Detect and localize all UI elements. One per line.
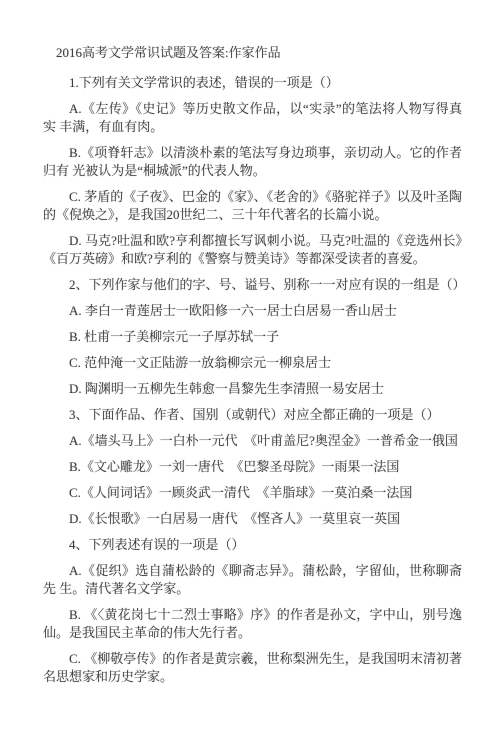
question-option: C. 茅盾的《子夜》、巴金的《家》、《老舍的》《骆驼祥子》以及叶圣陶 的《倪焕之…	[43, 188, 462, 224]
question-option: A.《左传》《史记》等历史散文作品，以“实录”的笔法将人物写得真实 丰满，有血有…	[43, 100, 462, 136]
question-option: B. 杜甫一子美柳宗元一子厚苏轼一子	[43, 328, 462, 346]
question-option: D.《长恨歌》一白居易一唐代 《悭吝人》一莫里哀一英国	[43, 510, 462, 528]
question-option: A.《促织》选自蒲松龄的《聊斋志异》。蒲松龄，字留仙，世称聊斋先 生。清代著名文…	[43, 562, 462, 598]
question-option: C. 范仲淹一文正陆游一放翁柳宗元一柳泉居士	[43, 354, 462, 372]
question-option: B. 《〈黄花岗七十二烈士事略》序》的作者是孙文，字中山，别号逸仙。是我国民主革…	[43, 606, 462, 642]
question-option: D. 马克?吐温和欧?亨利都擅长写讽刺小说。马克?吐温的《竞选州长》《百万英磅》…	[43, 232, 462, 268]
document-content: 2016高考文学常识试题及答案:作家作品 1.下列有关文学常识的表述，错误的一项…	[43, 44, 462, 694]
question-option: B.《项脊轩志》以清淡朴素的笔法写身边琐事，亲切动人。它的作者归有 光被认为是“…	[43, 144, 462, 180]
question-option: D. 陶渊明一五柳先生韩愈一昌黎先生李清照一易安居士	[43, 380, 462, 398]
question-stem: 4、下列表述有误的一项是（）	[43, 536, 462, 554]
question-stem: 3、下面作品、作者、国别（或朝代）对应全都正确的一项是（）	[43, 406, 462, 424]
question-stem: 2、下列作家与他们的字、号、谥号、别称一一对应有误的一组是（）	[43, 276, 462, 294]
question-option: C. 《柳敬亭传》的作者是黄宗羲，世称梨洲先生，是我国明末清初著名思想家和历史学…	[43, 650, 462, 686]
questions-list: 1.下列有关文学常识的表述，错误的一项是（）A.《左传》《史记》等历史散文作品，…	[43, 74, 462, 686]
document-title: 2016高考文学常识试题及答案:作家作品	[43, 44, 462, 62]
question-stem: 1.下列有关文学常识的表述，错误的一项是（）	[43, 74, 462, 92]
question-option: B.《文心雕龙》一刘一唐代 《巴黎圣母院》一雨果一法国	[43, 458, 462, 476]
question-option: C.《人间词话》一顾炎武一清代 《羊脂球》一莫泊桑一法国	[43, 484, 462, 502]
question-option: A. 李白一青莲居士一欧阳修一六一居士白居易一香山居士	[43, 302, 462, 320]
document-page: 2016高考文学常识试题及答案:作家作品 1.下列有关文学常识的表述，错误的一项…	[0, 0, 500, 744]
question-option: A.《墙头马上》一白朴一元代 《叶甫盖尼?奥涅金》一普希金一俄国	[43, 432, 462, 450]
